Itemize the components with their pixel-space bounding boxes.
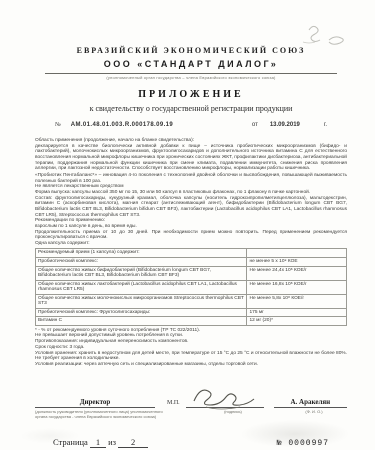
signer-position: Директор xyxy=(35,398,155,408)
table-cell-value: 12 мг (20)* xyxy=(247,317,347,326)
signer-name: А. Аракелян xyxy=(274,398,347,408)
body-text: Область применения (продолжение, начало … xyxy=(35,138,347,246)
note-storage: Условия хранения: хранить в недоступном … xyxy=(35,351,347,363)
capsule-content-table: Рекомендуемый прием (1 капсула) содержит… xyxy=(35,248,347,325)
capsule-contains-label: Одна капсула содержит: xyxy=(35,241,347,247)
registration-number: AM.01.48.01.003.R.000178.09.19 xyxy=(71,122,173,128)
table-row: Витамин С 12 мг (20)* xyxy=(36,317,347,326)
page-current: 1 xyxy=(90,437,106,448)
table-row: Пробиотический комплекс: не менее 5 х 10… xyxy=(36,257,347,266)
table-row: Общее количество живых лактобактерий (La… xyxy=(36,280,347,294)
table-row: Общее количество живых молочнокислых мик… xyxy=(36,294,347,308)
page-total: 2 xyxy=(118,437,148,448)
position-caption: (должность руководителя (уполномоченного… xyxy=(35,409,165,419)
table-cell-name: Общее количество живых бифидобактерий (B… xyxy=(36,266,247,280)
header-rule xyxy=(45,73,337,74)
table-cell-name: Витамин С xyxy=(36,317,247,326)
table-row: Рекомендуемый прием (1 капсула) содержит… xyxy=(36,249,347,258)
table-cell-value xyxy=(247,249,347,258)
org-name: ООО «СТАНДАРТ ДИАЛОГ» xyxy=(35,59,347,69)
certificate-appendix-page: ЕВРАЗИЙСКИЙ ЭКОНОМИЧЕСКИЙ СОЮЗ ООО «СТАН… xyxy=(0,0,375,450)
number-sign: № xyxy=(55,122,61,128)
signature-block: Директор М.П. А. Аракелян xyxy=(35,384,347,408)
note-sale-conditions: Условия реализации: через аптечную сеть … xyxy=(35,362,347,368)
table-cell-value: 175 мг xyxy=(247,308,347,317)
table-cell-value: Не менее 24,4х 10⁸ КОЕ/г xyxy=(247,266,347,280)
of-label: из xyxy=(108,437,116,447)
name-caption: (Ф. И. О.) xyxy=(281,409,347,419)
scan-smudge xyxy=(240,420,350,448)
table-cell-value: Не менее 16,8х 10⁸ КОЕ/г xyxy=(247,280,347,294)
table-row: Пребиотический комплекс: Фруктоолигосаха… xyxy=(36,308,347,317)
document-subtitle: к свидетельству о государственной регист… xyxy=(35,104,347,113)
signature-line xyxy=(186,384,264,408)
release-form: Форма выпуска: капсулы массой 350 мг по … xyxy=(35,190,347,196)
union-title: ЕВРАЗИЙСКИЙ ЭКОНОМИЧЕСКИЙ СОЮЗ xyxy=(35,46,347,55)
notes-block: * - % от рекомендуемого уровня суточного… xyxy=(35,328,347,368)
table-cell-value: Не менее 5,8х 10⁸ КОЕ/г xyxy=(247,294,347,308)
table-cell-value: не менее 5 х 10⁹ КОЕ xyxy=(247,257,347,266)
table-cell-name: Рекомендуемый прием (1 капсула) содержит… xyxy=(36,249,247,258)
product-line: «Пробиотик Пентабаланс⁵» – инновация 4-г… xyxy=(35,173,347,184)
year-suffix: г. xyxy=(324,122,327,128)
signature-scribble-icon xyxy=(188,383,262,413)
registration-date: 13.09.2019 xyxy=(270,122,300,128)
stamp-place-label: М.П. xyxy=(167,400,180,408)
document-title: ПРИЛОЖЕНИЕ xyxy=(35,89,347,100)
org-subtitle: (уполномоченный орган государства – член… xyxy=(35,75,347,80)
table-cell-name: Пробиотический комплекс: xyxy=(36,257,247,266)
registration-number-line: № AM.01.48.01.003.R.000178.09.19 от 13.0… xyxy=(55,122,337,128)
table-cell-name: Общее количество живых лактобактерий (La… xyxy=(36,280,247,294)
table-cell-name: Общее количество живых молочнокислых мик… xyxy=(36,294,247,308)
from-label: от xyxy=(252,122,258,128)
composition: Состав: фруктоолигосахариды, кукурузный … xyxy=(35,196,347,219)
table-cell-name: Пребиотический комплекс: Фруктоолигосаха… xyxy=(36,308,247,317)
recommendations-duration: Продолжительность приема от 10 до 30 дне… xyxy=(35,230,347,241)
scope-text: декларируется в качестве биологически ак… xyxy=(35,144,347,172)
table-row: Общее количество живых бифидобактерий (B… xyxy=(36,266,347,280)
scan-smudge xyxy=(20,428,80,444)
